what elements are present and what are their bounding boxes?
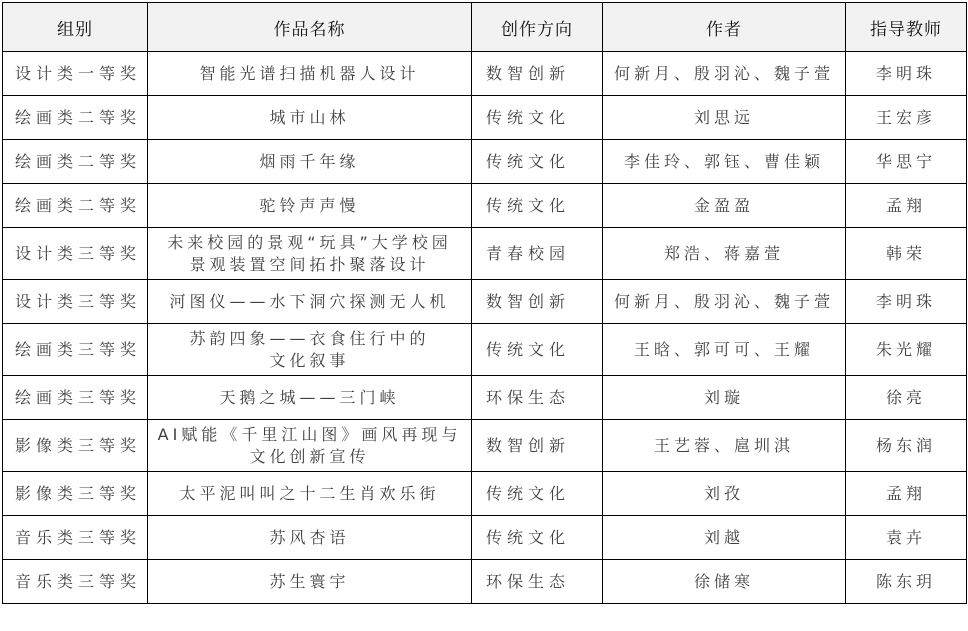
cell-authors: 何新月、殷羽沁、魏子萱: [603, 280, 846, 324]
table-row: 音乐类三等奖 苏生寰宇 环保生态 徐储寒 陈东玥: [3, 560, 967, 604]
cell-direction: 传统文化: [472, 96, 603, 140]
cell-group: 设计类一等奖: [3, 52, 148, 96]
table-row: 绘画类二等奖 城市山林 传统文化 刘思远 王宏彦: [3, 96, 967, 140]
table-row: 设计类三等奖 河图仪——水下洞穴探测无人机 数智创新 何新月、殷羽沁、魏子萱 李…: [3, 280, 967, 324]
cell-direction: 数智创新: [472, 52, 603, 96]
cell-group: 设计类三等奖: [3, 280, 148, 324]
cell-direction: 传统文化: [472, 140, 603, 184]
cell-title: 苏风杏语: [148, 516, 472, 560]
title-line: 未来校园的景观“玩具”大学校园: [154, 232, 465, 254]
cell-advisor: 孟翔: [846, 184, 967, 228]
cell-title: 烟雨千年缘: [148, 140, 472, 184]
cell-group: 绘画类三等奖: [3, 376, 148, 420]
title-line: 文化叙事: [154, 350, 465, 372]
cell-group: 设计类三等奖: [3, 228, 148, 280]
table-row: 音乐类三等奖 苏风杏语 传统文化 刘越 袁卉: [3, 516, 967, 560]
cell-title: 智能光谱扫描机器人设计: [148, 52, 472, 96]
title-line: 苏生寰宇: [154, 571, 465, 593]
cell-group: 音乐类三等奖: [3, 560, 148, 604]
cell-title: 苏韵四象——衣食住行中的 文化叙事: [148, 324, 472, 376]
title-line: 天鹅之城——三门峡: [154, 387, 465, 409]
title-line: 烟雨千年缘: [154, 151, 465, 173]
cell-authors: 徐储寒: [603, 560, 846, 604]
title-line: 驼铃声声慢: [154, 195, 465, 217]
cell-advisor: 杨东润: [846, 420, 967, 472]
cell-direction: 传统文化: [472, 324, 603, 376]
cell-authors: 金盈盈: [603, 184, 846, 228]
cell-authors: 何新月、殷羽沁、魏子萱: [603, 52, 846, 96]
cell-group: 绘画类二等奖: [3, 96, 148, 140]
cell-advisor: 袁卉: [846, 516, 967, 560]
cell-authors: 李佳玲、郭钰、曹佳颖: [603, 140, 846, 184]
cell-title: 天鹅之城——三门峡: [148, 376, 472, 420]
cell-advisor: 韩荣: [846, 228, 967, 280]
header-direction: 创作方向: [472, 3, 603, 52]
cell-advisor: 李明珠: [846, 280, 967, 324]
cell-group: 绘画类二等奖: [3, 184, 148, 228]
cell-direction: 传统文化: [472, 516, 603, 560]
title-line: 文化创新宣传: [154, 446, 465, 468]
title-line: 河图仪——水下洞穴探测无人机: [154, 291, 465, 313]
cell-direction: 青春校园: [472, 228, 603, 280]
cell-advisor: 陈东玥: [846, 560, 967, 604]
title-line: 智能光谱扫描机器人设计: [154, 63, 465, 85]
cell-direction: 数智创新: [472, 280, 603, 324]
cell-advisor: 华思宁: [846, 140, 967, 184]
header-authors: 作者: [603, 3, 846, 52]
cell-group: 影像类三等奖: [3, 420, 148, 472]
title-line: AI赋能《千里江山图》画风再现与: [154, 424, 465, 446]
title-line: 苏韵四象——衣食住行中的: [154, 328, 465, 350]
cell-authors: 王晗、郭可可、王耀: [603, 324, 846, 376]
cell-authors: 刘孜: [603, 472, 846, 516]
cell-authors: 郑浩、蒋嘉萱: [603, 228, 846, 280]
cell-advisor: 李明珠: [846, 52, 967, 96]
table-row: 绘画类三等奖 苏韵四象——衣食住行中的 文化叙事 传统文化 王晗、郭可可、王耀 …: [3, 324, 967, 376]
table-row: 设计类一等奖 智能光谱扫描机器人设计 数智创新 何新月、殷羽沁、魏子萱 李明珠: [3, 52, 967, 96]
cell-group: 绘画类二等奖: [3, 140, 148, 184]
cell-advisor: 王宏彦: [846, 96, 967, 140]
table-row: 设计类三等奖 未来校园的景观“玩具”大学校园 景观装置空间拓扑聚落设计 青春校园…: [3, 228, 967, 280]
cell-title: 苏生寰宇: [148, 560, 472, 604]
title-line: 太平泥叫叫之十二生肖欢乐街: [154, 483, 465, 505]
cell-title: 城市山林: [148, 96, 472, 140]
header-title: 作品名称: [148, 3, 472, 52]
table-row: 影像类三等奖 AI赋能《千里江山图》画风再现与 文化创新宣传 数智创新 王艺蓉、…: [3, 420, 967, 472]
cell-direction: 环保生态: [472, 560, 603, 604]
awards-table: 组别 作品名称 创作方向 作者 指导教师 设计类一等奖 智能光谱扫描机器人设计 …: [2, 2, 967, 604]
cell-title: AI赋能《千里江山图》画风再现与 文化创新宣传: [148, 420, 472, 472]
cell-group: 绘画类三等奖: [3, 324, 148, 376]
table-row: 绘画类三等奖 天鹅之城——三门峡 环保生态 刘璇 徐亮: [3, 376, 967, 420]
cell-authors: 刘璇: [603, 376, 846, 420]
table-row: 绘画类二等奖 驼铃声声慢 传统文化 金盈盈 孟翔: [3, 184, 967, 228]
header-group: 组别: [3, 3, 148, 52]
cell-title: 河图仪——水下洞穴探测无人机: [148, 280, 472, 324]
cell-authors: 刘思远: [603, 96, 846, 140]
cell-advisor: 朱光耀: [846, 324, 967, 376]
header-advisor: 指导教师: [846, 3, 967, 52]
cell-direction: 传统文化: [472, 472, 603, 516]
header-row: 组别 作品名称 创作方向 作者 指导教师: [3, 3, 967, 52]
cell-direction: 传统文化: [472, 184, 603, 228]
table-row: 绘画类二等奖 烟雨千年缘 传统文化 李佳玲、郭钰、曹佳颖 华思宁: [3, 140, 967, 184]
title-line: 苏风杏语: [154, 527, 465, 549]
cell-direction: 环保生态: [472, 376, 603, 420]
cell-advisor: 徐亮: [846, 376, 967, 420]
table-row: 影像类三等奖 太平泥叫叫之十二生肖欢乐街 传统文化 刘孜 孟翔: [3, 472, 967, 516]
cell-authors: 刘越: [603, 516, 846, 560]
title-line: 城市山林: [154, 107, 465, 129]
cell-title: 未来校园的景观“玩具”大学校园 景观装置空间拓扑聚落设计: [148, 228, 472, 280]
cell-title: 太平泥叫叫之十二生肖欢乐街: [148, 472, 472, 516]
title-line: 景观装置空间拓扑聚落设计: [154, 254, 465, 276]
cell-direction: 数智创新: [472, 420, 603, 472]
cell-advisor: 孟翔: [846, 472, 967, 516]
cell-group: 影像类三等奖: [3, 472, 148, 516]
cell-group: 音乐类三等奖: [3, 516, 148, 560]
cell-authors: 王艺蓉、扈圳淇: [603, 420, 846, 472]
cell-title: 驼铃声声慢: [148, 184, 472, 228]
